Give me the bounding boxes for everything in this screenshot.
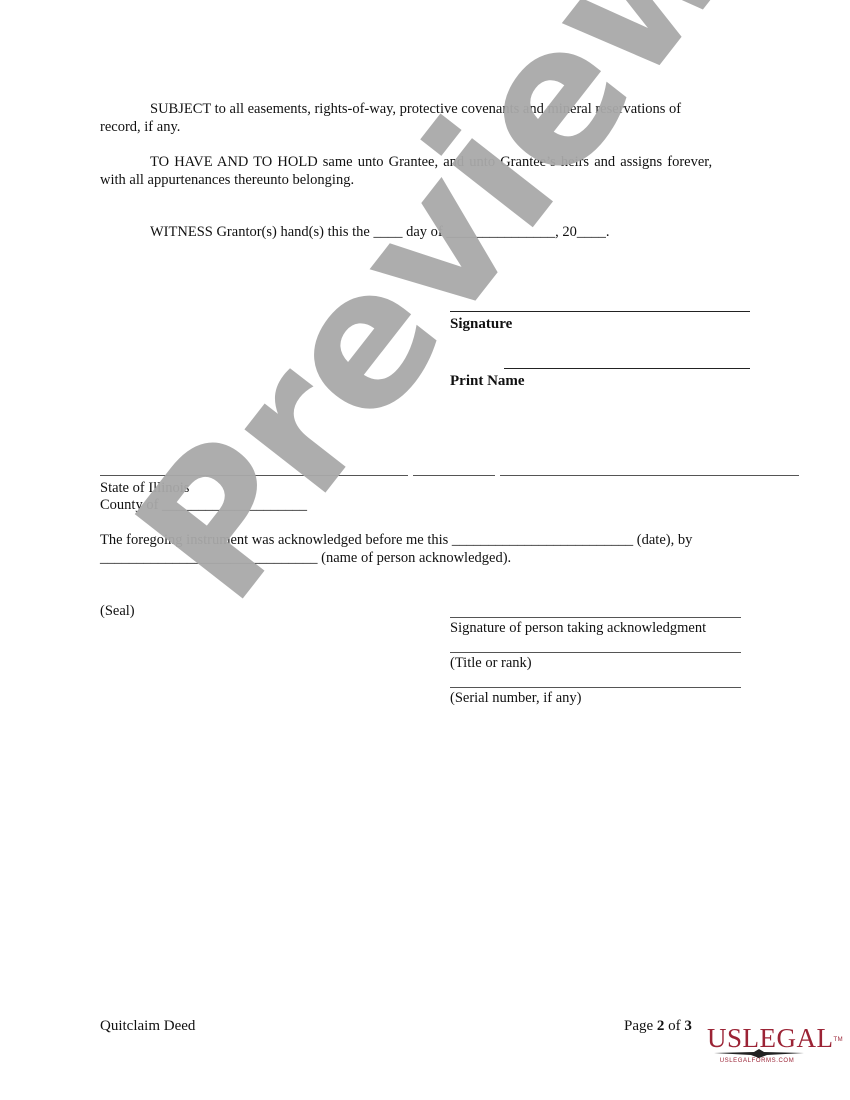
footer-page-number: Page 2 of 3 [624,1018,692,1035]
subject-paragraph-line2: record, if any. [100,119,180,136]
separator-line-right [500,475,799,476]
title-line [450,652,741,653]
total-pages: 3 [684,1018,692,1034]
separator-line-middle [413,475,495,476]
habendum-paragraph-line2: with all appurtenances thereunto belongi… [100,172,354,189]
title-label: (Title or rank) [450,655,532,672]
serial-label: (Serial number, if any) [450,690,581,707]
notary-signature-line [450,617,741,618]
eagle-wings-icon [709,1049,809,1059]
notary-signature-label: Signature of person taking acknowledgmen… [450,620,706,637]
footer-doc-title: Quitclaim Deed [100,1018,195,1035]
print-name-line [504,368,750,369]
seal-label: (Seal) [100,603,135,620]
uslegal-logo: USLEGALTM USLEGALFORMS.COM [707,1024,822,1068]
serial-line [450,687,741,688]
